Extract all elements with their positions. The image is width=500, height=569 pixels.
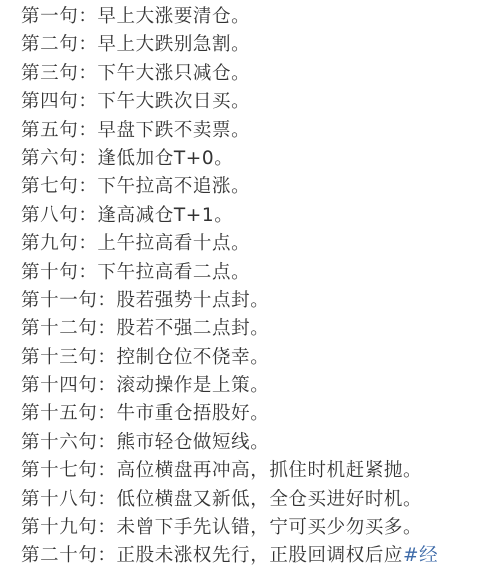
line-label: 第十三句 bbox=[21, 344, 97, 372]
hashtag-link[interactable]: #经 bbox=[403, 545, 438, 566]
line-4: 第四句： 下午大跌次日买。 bbox=[21, 88, 500, 116]
line-15: 第十五句： 牛市重仓捂股好。 bbox=[21, 400, 500, 428]
line-label: 第二十句 bbox=[21, 542, 97, 569]
line-text: 股若强势十点封。 bbox=[117, 287, 270, 315]
line-8: 第八句： 逢高减仓T+1。 bbox=[21, 202, 500, 230]
line-text: 逢低加仓T+0。 bbox=[97, 145, 233, 173]
line-17: 第十七句： 高位横盘再冲高，抓住时机赶紧抛。 bbox=[21, 457, 500, 485]
line-text: 下午拉高不追涨。 bbox=[97, 173, 250, 201]
line-separator: ： bbox=[78, 145, 97, 173]
line-13: 第十三句： 控制仓位不侥幸。 bbox=[21, 344, 500, 372]
line-label: 第十七句 bbox=[21, 457, 97, 485]
line-separator: ： bbox=[97, 315, 116, 343]
line-separator: ： bbox=[78, 3, 97, 31]
line-text: 高位横盘再冲高，抓住时机赶紧抛。 bbox=[117, 457, 423, 485]
line-text: 正股未涨权先行，正股回调权后应 bbox=[117, 542, 404, 569]
document-body: 第一句： 早上大涨要清仓。 第二句： 早上大跌别急割。 第三句： 下午大涨只减仓… bbox=[21, 3, 500, 569]
line-separator: ： bbox=[97, 486, 116, 514]
line-text: 股若不强二点封。 bbox=[117, 315, 270, 343]
line-18: 第十八句： 低位横盘又新低，全仓买进好时机。 bbox=[21, 486, 500, 514]
line-separator: ： bbox=[78, 202, 97, 230]
line-2: 第二句： 早上大跌别急割。 bbox=[21, 31, 500, 59]
line-5: 第五句： 早盘下跌不卖票。 bbox=[21, 117, 500, 145]
line-label: 第十五句 bbox=[21, 400, 97, 428]
line-9: 第九句： 上午拉高看十点。 bbox=[21, 230, 500, 258]
line-text: 早上大涨要清仓。 bbox=[97, 3, 250, 31]
line-label: 第八句 bbox=[21, 202, 78, 230]
line-text: 下午大涨只减仓。 bbox=[97, 60, 250, 88]
line-label: 第十二句 bbox=[21, 315, 97, 343]
line-separator: ： bbox=[97, 457, 116, 485]
line-label: 第五句 bbox=[21, 117, 78, 145]
line-text: 早上大跌别急割。 bbox=[97, 31, 250, 59]
line-separator: ： bbox=[97, 344, 116, 372]
line-label: 第十九句 bbox=[21, 514, 97, 542]
line-text: 滚动操作是上策。 bbox=[117, 372, 270, 400]
line-text: 未曾下手先认错，宁可买少勿买多。 bbox=[117, 514, 423, 542]
line-7: 第七句： 下午拉高不追涨。 bbox=[21, 173, 500, 201]
line-text: 熊市轻仓做短线。 bbox=[117, 429, 270, 457]
line-text: 控制仓位不侥幸。 bbox=[117, 344, 270, 372]
line-16: 第十六句： 熊市轻仓做短线。 bbox=[21, 429, 500, 457]
line-11: 第十一句： 股若强势十点封。 bbox=[21, 287, 500, 315]
line-separator: ： bbox=[78, 31, 97, 59]
line-14: 第十四句： 滚动操作是上策。 bbox=[21, 372, 500, 400]
line-label: 第十四句 bbox=[21, 372, 97, 400]
line-label: 第七句 bbox=[21, 173, 78, 201]
line-3: 第三句： 下午大涨只减仓。 bbox=[21, 60, 500, 88]
line-separator: ： bbox=[78, 117, 97, 145]
line-label: 第十句 bbox=[21, 259, 78, 287]
line-separator: ： bbox=[78, 88, 97, 116]
line-10: 第十句： 下午拉高看二点。 bbox=[21, 259, 500, 287]
line-separator: ： bbox=[97, 287, 116, 315]
line-19: 第十九句： 未曾下手先认错，宁可买少勿买多。 bbox=[21, 514, 500, 542]
line-label: 第九句 bbox=[21, 230, 78, 258]
line-separator: ： bbox=[97, 372, 116, 400]
line-label: 第十一句 bbox=[21, 287, 97, 315]
line-separator: ： bbox=[97, 514, 116, 542]
line-separator: ： bbox=[78, 173, 97, 201]
line-label: 第十六句 bbox=[21, 429, 97, 457]
line-label: 第十八句 bbox=[21, 486, 97, 514]
line-label: 第六句 bbox=[21, 145, 78, 173]
line-label: 第二句 bbox=[21, 31, 78, 59]
line-text: 逢高减仓T+1。 bbox=[97, 202, 233, 230]
line-separator: ： bbox=[78, 230, 97, 258]
line-label: 第三句 bbox=[21, 60, 78, 88]
line-separator: ： bbox=[97, 400, 116, 428]
line-text: 早盘下跌不卖票。 bbox=[97, 117, 250, 145]
line-20: 第二十句： 正股未涨权先行，正股回调权后应#经 bbox=[21, 542, 500, 569]
line-text: 下午拉高看二点。 bbox=[97, 259, 250, 287]
line-separator: ： bbox=[78, 60, 97, 88]
line-label: 第一句 bbox=[21, 3, 78, 31]
line-1: 第一句： 早上大涨要清仓。 bbox=[21, 3, 500, 31]
line-text: 牛市重仓捂股好。 bbox=[117, 400, 270, 428]
line-label: 第四句 bbox=[21, 88, 78, 116]
line-12: 第十二句： 股若不强二点封。 bbox=[21, 315, 500, 343]
line-text: 下午大跌次日买。 bbox=[97, 88, 250, 116]
line-separator: ： bbox=[97, 429, 116, 457]
line-text: 低位横盘又新低，全仓买进好时机。 bbox=[117, 486, 423, 514]
line-separator: ： bbox=[78, 259, 97, 287]
line-text: 上午拉高看十点。 bbox=[97, 230, 250, 258]
line-separator: ： bbox=[97, 542, 116, 569]
line-6: 第六句： 逢低加仓T+0。 bbox=[21, 145, 500, 173]
